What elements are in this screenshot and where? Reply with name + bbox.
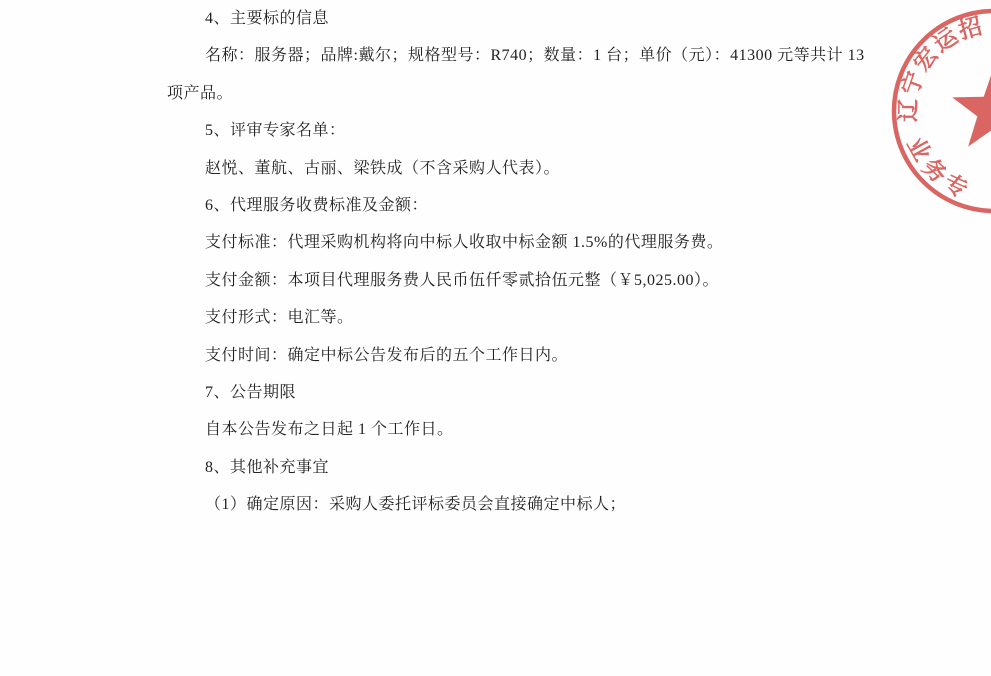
document-line: 支付标准：代理采购机构将向中标人收取中标金额 1.5%的代理服务费。 <box>167 224 887 261</box>
seal-ring <box>894 11 991 211</box>
document-line: 8、其他补充事宜 <box>167 449 887 486</box>
document-line: 7、公告期限 <box>167 374 887 411</box>
document-line: 项产品。 <box>167 75 887 112</box>
document-line: 支付时间：确定中标公告发布后的五个工作日内。 <box>167 337 887 374</box>
seal-bottom-arc-text: 业务专 <box>902 133 977 205</box>
document-line: 5、评审专家名单： <box>167 112 887 149</box>
document-line: 名称：服务器；品牌:戴尔；规格型号：R740；数量：1 台；单价（元）：4130… <box>167 37 887 74</box>
document-line: 6、代理服务收费标准及金额： <box>167 187 887 224</box>
document-page: 4、主要标的信息 名称：服务器；品牌:戴尔；规格型号：R740；数量：1 台；单… <box>0 0 991 676</box>
seal-star-icon <box>952 67 991 147</box>
document-line: （1）确定原因：采购人委托评标委员会直接确定中标人； <box>167 486 887 523</box>
document-line: 赵悦、董航、古丽、梁铁成（不含采购人代表）。 <box>167 150 887 187</box>
document-body: 4、主要标的信息 名称：服务器；品牌:戴尔；规格型号：R740；数量：1 台；单… <box>167 0 887 524</box>
document-line: 4、主要标的信息 <box>167 0 887 37</box>
seal-top-arc-text: 辽宁宏运招 <box>896 12 987 122</box>
document-line: 支付形式：电汇等。 <box>167 299 887 336</box>
document-line: 支付金额：本项目代理服务费人民币伍仟零贰拾伍元整（￥5,025.00）。 <box>167 262 887 299</box>
document-line: 自本公告发布之日起 1 个工作日。 <box>167 411 887 448</box>
